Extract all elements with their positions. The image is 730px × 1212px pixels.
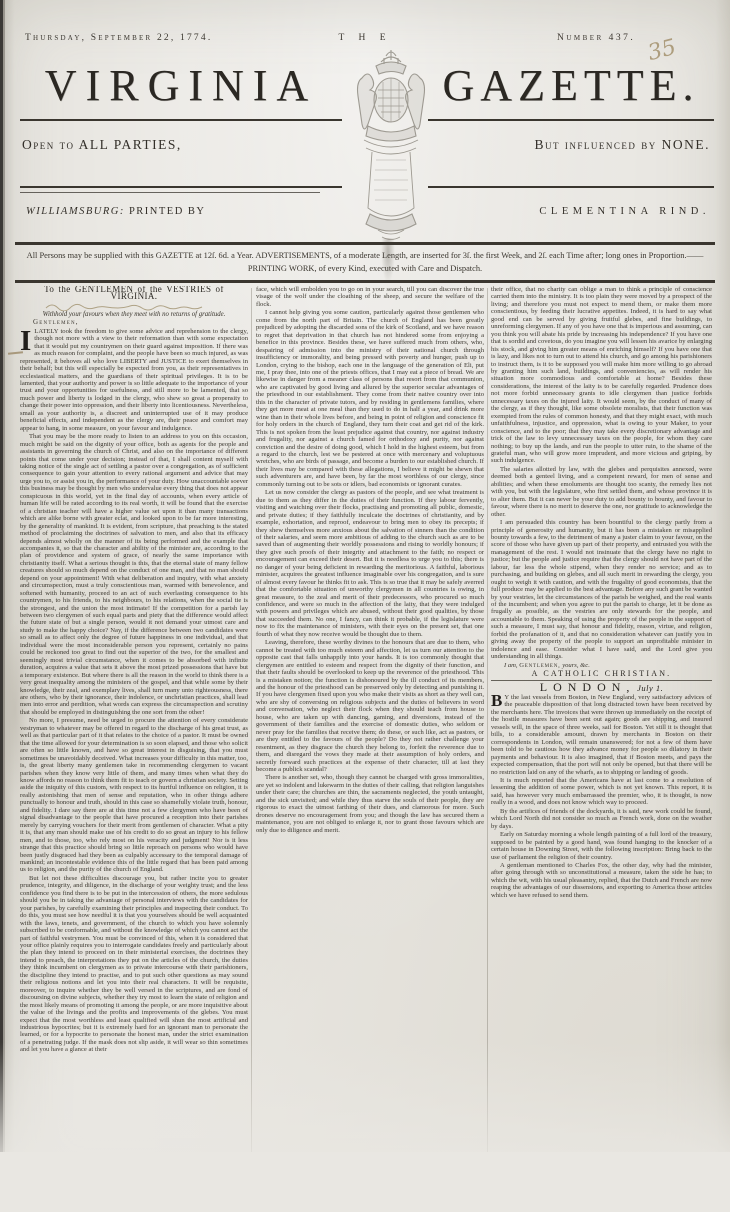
column-rule-2 bbox=[487, 288, 488, 1160]
handwritten-scribble bbox=[44, 302, 224, 311]
newspaper-page: Thursday, September 22, 1774. T H E Numb… bbox=[0, 0, 730, 1212]
article-salutation: Gentlemen, bbox=[20, 319, 248, 326]
news-paragraph: Early on Saturday morning a whole length… bbox=[491, 831, 712, 861]
motto-left: Open to ALL PARTIES, bbox=[22, 137, 182, 153]
article-paragraph: Leaving, therefore, these worthy divines… bbox=[256, 639, 484, 773]
rule-left-imprint-2 bbox=[20, 192, 320, 193]
letter-closing: I am, Gentlemen, yours, &c. bbox=[491, 662, 712, 669]
paragraph-text: LATELY took the freedom to give some adv… bbox=[20, 328, 248, 432]
imprint-place-line: WILLIAMSBURG: PRINTED BY bbox=[26, 206, 206, 217]
article-heading: To the GENTLEMEN of the VESTRIES of VIRG… bbox=[20, 286, 248, 301]
article-paragraph: their office, that no charity can oblige… bbox=[491, 286, 712, 465]
news-paragraph: It is much reported that the Americans h… bbox=[491, 777, 712, 807]
article-paragraph: No more, I presume, need be urged to pro… bbox=[20, 717, 248, 874]
issue-number: Number 437. bbox=[557, 33, 635, 43]
article-paragraph: Let us now consider the clergy as pastor… bbox=[256, 489, 484, 638]
rule-above-subscription bbox=[15, 242, 715, 245]
smudge-bottom-left bbox=[10, 1180, 70, 1202]
rule-left-imprint bbox=[20, 186, 342, 188]
royal-arms-woodcut-icon bbox=[348, 48, 434, 244]
dateline-city: LONDON, bbox=[540, 680, 636, 694]
column-rule-1 bbox=[251, 288, 252, 1160]
news-dateline: LONDON, July 1. bbox=[491, 684, 712, 693]
news-paragraph: BY the last vessels from Boston, in New … bbox=[491, 694, 712, 776]
article-paragraph: That you may be the more ready to listen… bbox=[20, 433, 248, 716]
news-paragraph: By the artifices of friends of the docky… bbox=[491, 808, 712, 830]
article-paragraph: I cannot help giving you some caution, p… bbox=[256, 309, 484, 488]
subscription-notice: All Persons may be supplied with this GA… bbox=[18, 250, 712, 275]
closing-suffix: yours, &c. bbox=[561, 662, 590, 669]
imprint-printed-by: PRINTED BY bbox=[129, 206, 206, 217]
motto-right: But influenced by NONE. bbox=[535, 137, 711, 153]
rule-under-gazette bbox=[428, 119, 714, 121]
imprint-place: WILLIAMSBURG: bbox=[26, 206, 125, 217]
article-paragraph: There is another set, who, though they c… bbox=[256, 774, 484, 834]
news-paragraph: A gentleman mentioned to Charles Fox, th… bbox=[491, 862, 712, 899]
masthead-virginia: VIRGINIA bbox=[20, 60, 342, 111]
column-2: face, which will embolden you to go on i… bbox=[256, 286, 484, 1166]
dateline-date: July 1. bbox=[637, 683, 663, 693]
drop-cap-news: B bbox=[491, 694, 504, 708]
article-paragraph: I am persuaded this country has been bou… bbox=[491, 519, 712, 661]
closing-gentlemen: Gentlemen, bbox=[519, 662, 560, 669]
letter-signature: A CATHOLIC CHRISTIAN. bbox=[491, 670, 712, 677]
article-paragraph: The salaries allotted by law, with the g… bbox=[491, 466, 712, 518]
column-1: To the GENTLEMEN of the VESTRIES of VIRG… bbox=[20, 286, 248, 1166]
article-paragraph: ILATELY took the freedom to give some ad… bbox=[20, 328, 248, 432]
masthead-gazette: GAZETTE. bbox=[426, 60, 716, 111]
rule-right-imprint bbox=[428, 186, 714, 188]
column-3: their office, that no charity can oblige… bbox=[491, 286, 712, 1166]
article-paragraph: But let not these difficulties discourag… bbox=[20, 875, 248, 1054]
article-paragraph: face, which will embolden you to go on i… bbox=[256, 286, 484, 308]
imprint-printer: CLEMENTINA RIND. bbox=[539, 206, 710, 217]
rule-under-virginia bbox=[20, 119, 342, 121]
rule-below-subscription bbox=[15, 280, 715, 283]
drop-cap-initial: I bbox=[20, 328, 34, 353]
paragraph-text: Y the last vessels from Boston, in New E… bbox=[491, 694, 712, 776]
article-epigraph: Withhold your favours when they meet wit… bbox=[20, 311, 248, 318]
closing-prefix: I am, bbox=[504, 662, 519, 669]
scan-edge-shadow bbox=[3, 0, 5, 1212]
